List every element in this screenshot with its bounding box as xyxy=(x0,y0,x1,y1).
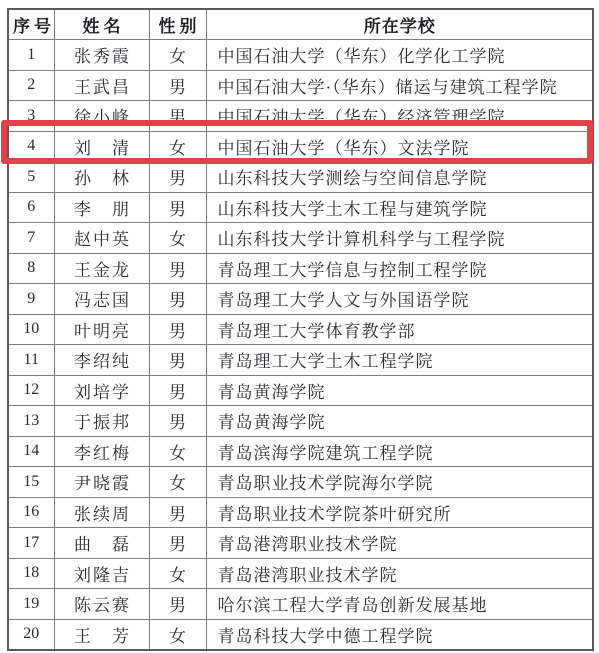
cell-no: 12 xyxy=(8,375,54,406)
cell-no: 8 xyxy=(8,253,54,284)
table-row: 1张秀霞女中国石油大学（华东）化学化工学院 xyxy=(8,40,593,71)
table-row: 20王 芳女青岛科技大学中德工程学院 xyxy=(8,619,593,650)
cell-name: 刘培学 xyxy=(54,375,149,406)
cell-gender: 男 xyxy=(149,589,206,620)
table-row: 16张续周男青岛职业技术学院茶叶研究所 xyxy=(8,497,593,528)
table-row: 5孙 林男山东科技大学测绘与空间信息学院 xyxy=(8,162,593,193)
cell-school: 青岛港湾职业技术学院 xyxy=(206,528,593,559)
cell-gender: 男 xyxy=(149,192,206,223)
header-row: 序号 姓名 性别 所在学校 xyxy=(8,9,593,40)
cell-school: 青岛职业技术学院茶叶研究所 xyxy=(206,497,593,528)
cell-school: 山东科技大学计算机科学与工程学院 xyxy=(206,223,593,254)
cell-name: 叶明亮 xyxy=(54,314,149,345)
cell-school: 青岛科技大学中德工程学院 xyxy=(206,619,593,650)
table-row: 7赵中英女山东科技大学计算机科学与工程学院 xyxy=(8,223,593,254)
cell-no: 13 xyxy=(8,406,54,437)
cell-name: 李红梅 xyxy=(54,436,149,467)
cell-name: 李绍纯 xyxy=(54,345,149,376)
table-row: 15尹晓霞女青岛职业技术学院海尔学院 xyxy=(8,467,593,498)
cell-no: 19 xyxy=(8,589,54,620)
cell-name: 尹晓霞 xyxy=(54,467,149,498)
cell-gender: 男 xyxy=(149,70,206,101)
cell-name: 曲 磊 xyxy=(54,528,149,559)
cell-school: 青岛黄海学院 xyxy=(206,406,593,437)
cell-gender: 男 xyxy=(149,284,206,315)
table-row: 10叶明亮男青岛理工大学体育教学部 xyxy=(8,314,593,345)
cell-no: 11 xyxy=(8,345,54,376)
cell-no: 6 xyxy=(8,192,54,223)
cell-gender: 男 xyxy=(149,162,206,193)
cell-school: 青岛理工大学信息与控制工程学院 xyxy=(206,253,593,284)
cell-gender: 男 xyxy=(149,314,206,345)
cell-name: 刘隆吉 xyxy=(54,558,149,589)
table-row: 13于振邦男青岛黄海学院 xyxy=(8,406,593,437)
cell-no: 17 xyxy=(8,528,54,559)
cell-school: 中国石油大学·（华东）储运与建筑工程学院 xyxy=(206,70,593,101)
cell-no: 5 xyxy=(8,162,54,193)
table-row: 12刘培学男青岛黄海学院 xyxy=(8,375,593,406)
cell-gender: 女 xyxy=(149,467,206,498)
header-no: 序号 xyxy=(8,9,54,40)
cell-gender: 男 xyxy=(149,253,206,284)
cell-name: 张续周 xyxy=(54,497,149,528)
cell-school: 中国石油大学（华东）文法学院 xyxy=(206,131,593,162)
cell-gender: 女 xyxy=(149,131,206,162)
page: 序号 姓名 性别 所在学校 1张秀霞女中国石油大学（华东）化学化工学院2王武昌男… xyxy=(0,0,599,653)
table-row: 19陈云赛男哈尔滨工程大学青岛创新发展基地 xyxy=(8,589,593,620)
cell-gender: 男 xyxy=(149,406,206,437)
cell-name: 徐小峰 xyxy=(54,101,149,132)
table-row: 4刘 清女中国石油大学（华东）文法学院 xyxy=(8,131,593,162)
cell-name: 赵中英 xyxy=(54,223,149,254)
cell-name: 张秀霞 xyxy=(54,40,149,71)
table-row: 2王武昌男中国石油大学·（华东）储运与建筑工程学院 xyxy=(8,70,593,101)
cell-school: 哈尔滨工程大学青岛创新发展基地 xyxy=(206,589,593,620)
cell-name: 孙 林 xyxy=(54,162,149,193)
cell-no: 2 xyxy=(8,70,54,101)
cell-no: 7 xyxy=(8,223,54,254)
cell-school: 青岛港湾职业技术学院 xyxy=(206,558,593,589)
table-row: 8王金龙男青岛理工大学信息与控制工程学院 xyxy=(8,253,593,284)
cell-school: 中国石油大学（华东）化学化工学院 xyxy=(206,40,593,71)
table-row: 11李绍纯男青岛理工大学土木工程学院 xyxy=(8,345,593,376)
cell-gender: 女 xyxy=(149,558,206,589)
cell-school: 青岛理工大学土木工程学院 xyxy=(206,345,593,376)
cell-school: 青岛黄海学院 xyxy=(206,375,593,406)
cell-no: 15 xyxy=(8,467,54,498)
cell-name: 王武昌 xyxy=(54,70,149,101)
cell-name: 刘 清 xyxy=(54,131,149,162)
cell-gender: 女 xyxy=(149,40,206,71)
cell-gender: 女 xyxy=(149,619,206,650)
cell-gender: 男 xyxy=(149,375,206,406)
cell-name: 王 芳 xyxy=(54,619,149,650)
cell-name: 王金龙 xyxy=(54,253,149,284)
header-school: 所在学校 xyxy=(206,9,593,40)
header-name: 姓名 xyxy=(54,9,149,40)
cell-name: 冯志国 xyxy=(54,284,149,315)
cell-no: 1 xyxy=(8,40,54,71)
cell-no: 20 xyxy=(8,619,54,650)
cell-no: 18 xyxy=(8,558,54,589)
roster-table: 序号 姓名 性别 所在学校 1张秀霞女中国石油大学（华东）化学化工学院2王武昌男… xyxy=(7,8,594,651)
cell-no: 16 xyxy=(8,497,54,528)
cell-gender: 女 xyxy=(149,436,206,467)
cell-gender: 男 xyxy=(149,528,206,559)
cell-school: 青岛理工大学体育教学部 xyxy=(206,314,593,345)
table-row: 3徐小峰男中国石油大学（华东）经济管理学院 xyxy=(8,101,593,132)
cell-school: 山东科技大学测绘与空间信息学院 xyxy=(206,162,593,193)
cell-name: 李 朋 xyxy=(54,192,149,223)
cell-gender: 男 xyxy=(149,497,206,528)
cell-school: 中国石油大学（华东）经济管理学院 xyxy=(206,101,593,132)
cell-no: 3 xyxy=(8,101,54,132)
header-gender: 性别 xyxy=(149,9,206,40)
cell-school: 青岛滨海学院建筑工程学院 xyxy=(206,436,593,467)
cell-no: 9 xyxy=(8,284,54,315)
table-row: 9冯志国男青岛理工大学人文与外国语学院 xyxy=(8,284,593,315)
cell-gender: 女 xyxy=(149,223,206,254)
cell-name: 陈云赛 xyxy=(54,589,149,620)
cell-no: 10 xyxy=(8,314,54,345)
table-row: 6李 朋男山东科技大学土木工程与建筑学院 xyxy=(8,192,593,223)
cell-no: 4 xyxy=(8,131,54,162)
cell-name: 于振邦 xyxy=(54,406,149,437)
cell-school: 青岛职业技术学院海尔学院 xyxy=(206,467,593,498)
table-row: 14李红梅女青岛滨海学院建筑工程学院 xyxy=(8,436,593,467)
cell-school: 青岛理工大学人文与外国语学院 xyxy=(206,284,593,315)
table-row: 17曲 磊男青岛港湾职业技术学院 xyxy=(8,528,593,559)
table-row: 18刘隆吉女青岛港湾职业技术学院 xyxy=(8,558,593,589)
cell-school: 山东科技大学土木工程与建筑学院 xyxy=(206,192,593,223)
table-body: 1张秀霞女中国石油大学（华东）化学化工学院2王武昌男中国石油大学·（华东）储运与… xyxy=(8,40,593,650)
cell-gender: 男 xyxy=(149,101,206,132)
cell-gender: 男 xyxy=(149,345,206,376)
cell-no: 14 xyxy=(8,436,54,467)
